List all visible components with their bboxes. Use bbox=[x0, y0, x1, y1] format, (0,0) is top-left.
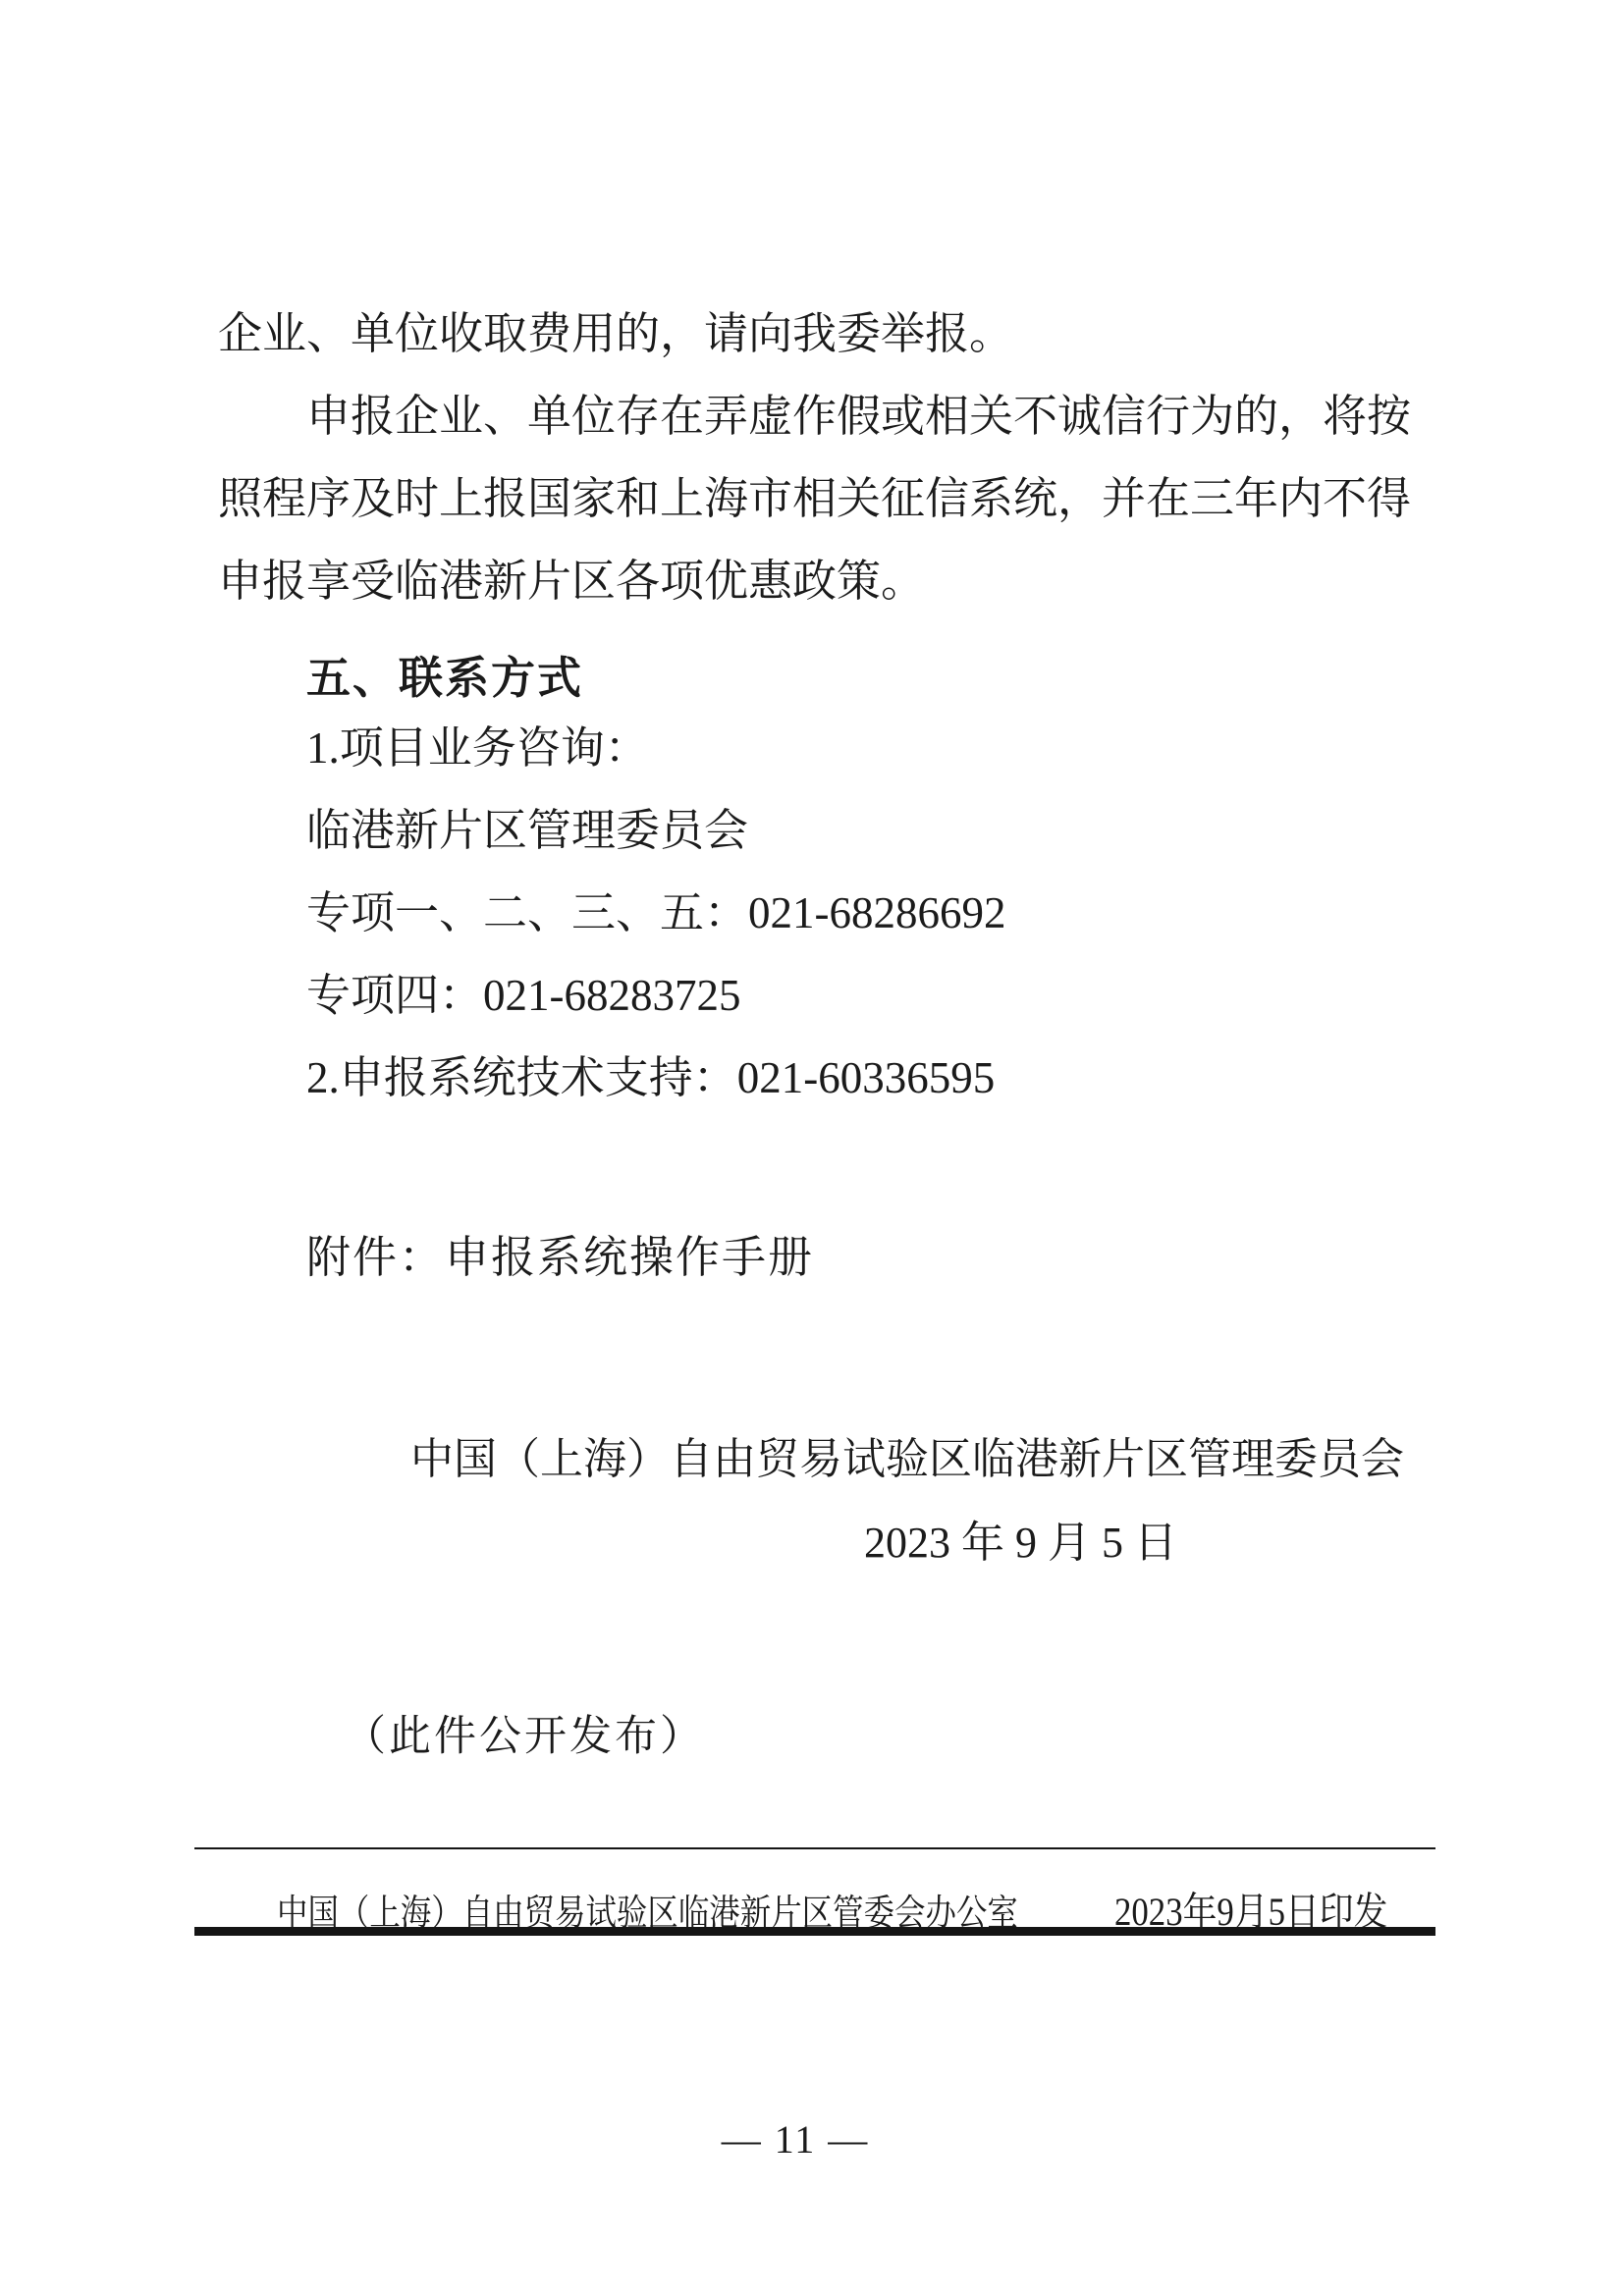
body-line-4: 申报享受临港新片区各项优惠政策。 bbox=[218, 560, 1435, 604]
contact-line-phone-2: 专项四：021-68283725 bbox=[306, 974, 741, 1018]
signature-date: 2023 年 9 月 5 日 bbox=[864, 1507, 1177, 1570]
body-line-2: 申报企业、单位存在弄虚作假或相关不诚信行为的，将按 bbox=[218, 395, 1435, 439]
contact-line-business-consult: 1.项目业务咨询： bbox=[306, 726, 649, 771]
page-number: — 11 — bbox=[0, 2116, 1591, 2163]
contact-line-tech-support: 2.申报系统技术支持：021-60336595 bbox=[306, 1056, 995, 1100]
section-heading: 五、联系方式 bbox=[306, 642, 583, 706]
body-line-1: 企业、单位收取费用的，请向我委举报。 bbox=[218, 312, 1435, 356]
signature-line: 中国（上海）自由贸易试验区临港新片区管理委员会 bbox=[218, 1423, 1404, 1486]
footer-rule-thin bbox=[194, 1847, 1435, 1849]
body-line-3: 照程序及时上报国家和上海市相关征信系统，并在三年内不得 bbox=[218, 477, 1435, 521]
attachment-line: 附件：申报系统操作手册 bbox=[306, 1221, 814, 1285]
contact-line-committee: 临港新片区管理委员会 bbox=[306, 809, 748, 853]
footer-rule-thick bbox=[194, 1927, 1435, 1936]
publication-note: （此件公开发布） bbox=[344, 1703, 705, 1763]
contact-line-phone-1: 专项一、二、三、五：021-68286692 bbox=[306, 891, 1006, 935]
